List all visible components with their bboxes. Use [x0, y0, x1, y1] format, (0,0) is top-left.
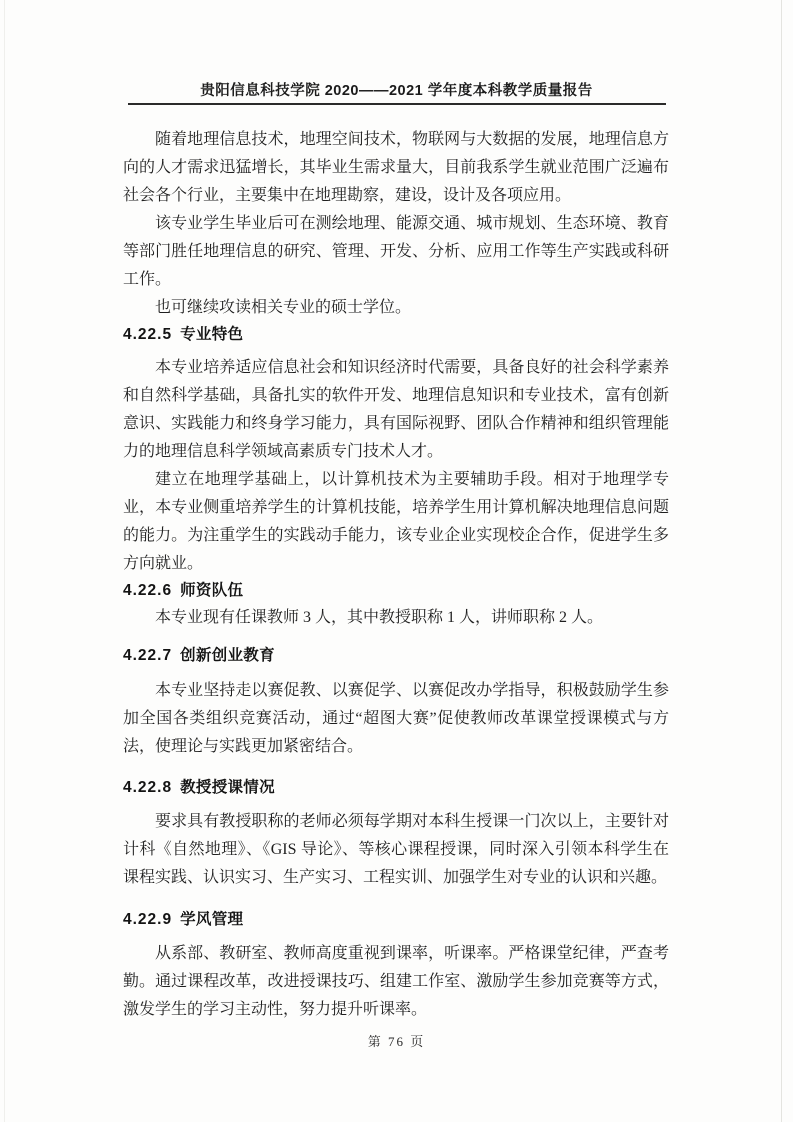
section-number: 4.22.7 — [123, 647, 172, 664]
section-number: 4.22.8 — [123, 779, 172, 796]
body-paragraph: 本专业坚持走以赛促教、以赛促学、以赛促改办学指导，积极鼓励学生参加全国各类组织竞… — [123, 677, 669, 761]
section-heading: 4.22.6师资队伍 — [123, 578, 669, 604]
section-heading: 4.22.7创新创业教育 — [123, 643, 669, 669]
body-paragraph: 要求具有教授职称的老师必须每学期对本科生授课一门次以上，主要针对计科《自然地理》… — [123, 808, 669, 892]
section-number: 4.22.5 — [123, 326, 172, 343]
body-paragraph: 该专业学生毕业后可在测绘地理、能源交通、城市规划、生态环境、教育等部门胜任地理信… — [123, 210, 669, 294]
header-rule — [128, 103, 666, 105]
section-heading: 4.22.9学风管理 — [123, 907, 669, 933]
body-paragraph: 随着地理信息技术，地理空间技术，物联网与大数据的发展，地理信息方向的人才需求迅猛… — [123, 126, 669, 210]
section-heading: 4.22.8教授授课情况 — [123, 775, 669, 801]
report-header-title: 贵阳信息科技学院 2020——2021 学年度本科教学质量报告 — [0, 79, 793, 100]
section-title: 创新创业教育 — [180, 647, 275, 664]
section-title: 教授授课情况 — [180, 779, 275, 796]
body-paragraph: 建立在地理学基础上，以计算机技术为主要辅助手段。相对于地理学专业，本专业侧重培养… — [123, 466, 669, 578]
scan-edge-right — [781, 0, 782, 1122]
section-number: 4.22.9 — [123, 911, 172, 928]
body-paragraph: 本专业现有任课教师 3 人，其中教授职称 1 人，讲师职称 2 人。 — [123, 604, 669, 632]
section-title: 学风管理 — [180, 911, 243, 928]
scan-edge-left — [4, 0, 5, 1122]
body-paragraph: 也可继续攻读相关专业的硕士学位。 — [123, 294, 669, 322]
body-paragraph: 本专业培养适应信息社会和知识经济时代需要，具备良好的社会科学素养和自然科学基础，… — [123, 354, 669, 466]
document-body: 随着地理信息技术，地理空间技术，物联网与大数据的发展，地理信息方向的人才需求迅猛… — [123, 126, 669, 1024]
section-title: 专业特色 — [180, 326, 243, 343]
section-heading: 4.22.5专业特色 — [123, 322, 669, 348]
body-paragraph: 从系部、教研室、教师高度重视到课率，听课率。严格课堂纪律，严查考勤。通过课程改革… — [123, 940, 669, 1024]
section-title: 师资队伍 — [180, 582, 243, 599]
section-number: 4.22.6 — [123, 582, 172, 599]
document-page: 贵阳信息科技学院 2020——2021 学年度本科教学质量报告 随着地理信息技术… — [0, 0, 793, 1122]
page-number: 第 76 页 — [0, 1031, 793, 1050]
